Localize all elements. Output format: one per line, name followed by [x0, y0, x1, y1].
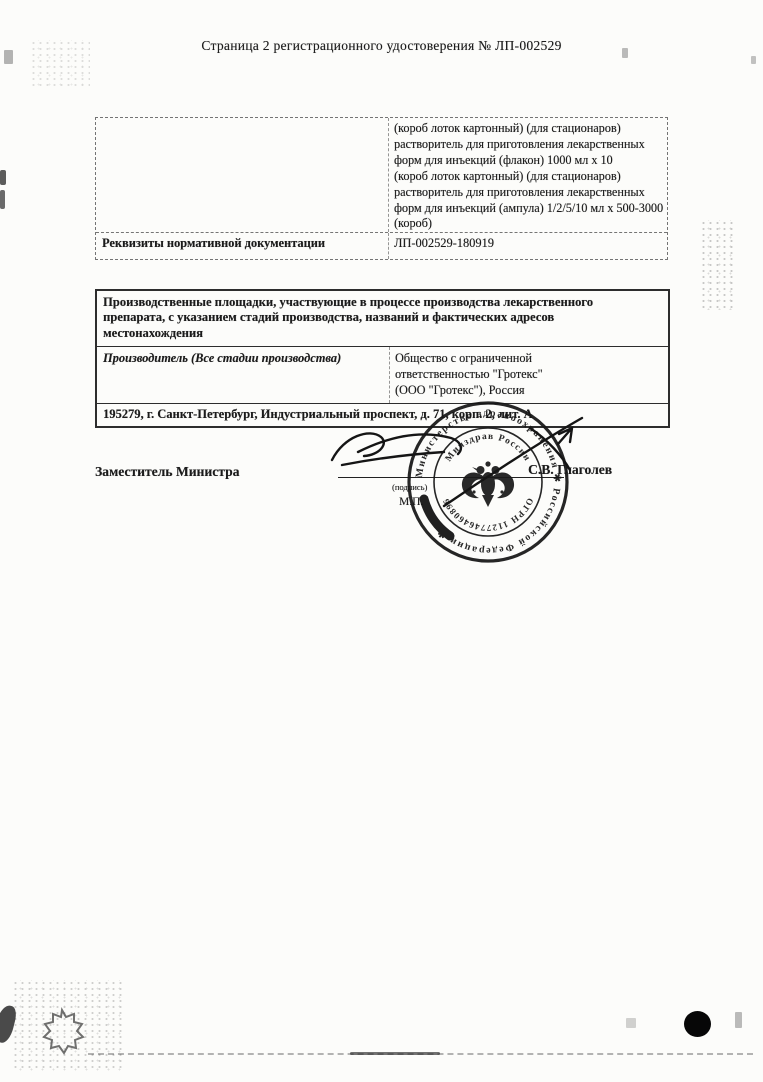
- table-row: Реквизиты нормативной документации ЛП-00…: [96, 233, 667, 259]
- packaging-empty-cell: [96, 118, 389, 232]
- hole-punch-dot: [684, 1011, 711, 1037]
- scan-speck: [751, 56, 756, 64]
- position-title: Заместитель Министра: [95, 464, 239, 480]
- paper-noise-patch: [700, 220, 734, 310]
- table-row: (короб лоток картонный) (для стационаров…: [96, 118, 667, 233]
- production-sites-header: Производственные площадки, участвующие в…: [97, 291, 668, 347]
- regulatory-docs-label: Реквизиты нормативной документации: [96, 233, 389, 259]
- scan-edge-dark-segment: [350, 1052, 440, 1055]
- production-sites-table: Производственные площадки, участвующие в…: [95, 289, 670, 428]
- scan-edge-mark: [0, 170, 6, 185]
- gear-smudge-icon: [44, 1010, 83, 1053]
- packaging-table: (короб лоток картонный) (для стационаров…: [95, 117, 668, 260]
- scan-speck: [622, 48, 628, 58]
- packaging-continuation-cell: (короб лоток картонный) (для стационаров…: [389, 118, 667, 232]
- scan-speck: [4, 50, 13, 64]
- producer-value: Общество с ограниченной ответственностью…: [390, 347, 668, 403]
- scan-edge-mark: [0, 190, 5, 209]
- producer-label: Производитель (Все стадии производства): [97, 347, 390, 403]
- scan-speck: [626, 1018, 636, 1028]
- paper-noise-patch: [30, 40, 90, 86]
- scan-speck: [735, 1012, 742, 1028]
- page-title: Страница 2 регистрационного удостоверени…: [0, 38, 763, 54]
- scanned-certificate-page: Страница 2 регистрационного удостоверени…: [0, 0, 763, 1082]
- handwritten-signature: [318, 408, 608, 553]
- regulatory-docs-value: ЛП-002529-180919: [389, 233, 667, 259]
- corner-stamp-smudge: [12, 980, 122, 1072]
- table-row: Производитель (Все стадии производства) …: [97, 347, 668, 404]
